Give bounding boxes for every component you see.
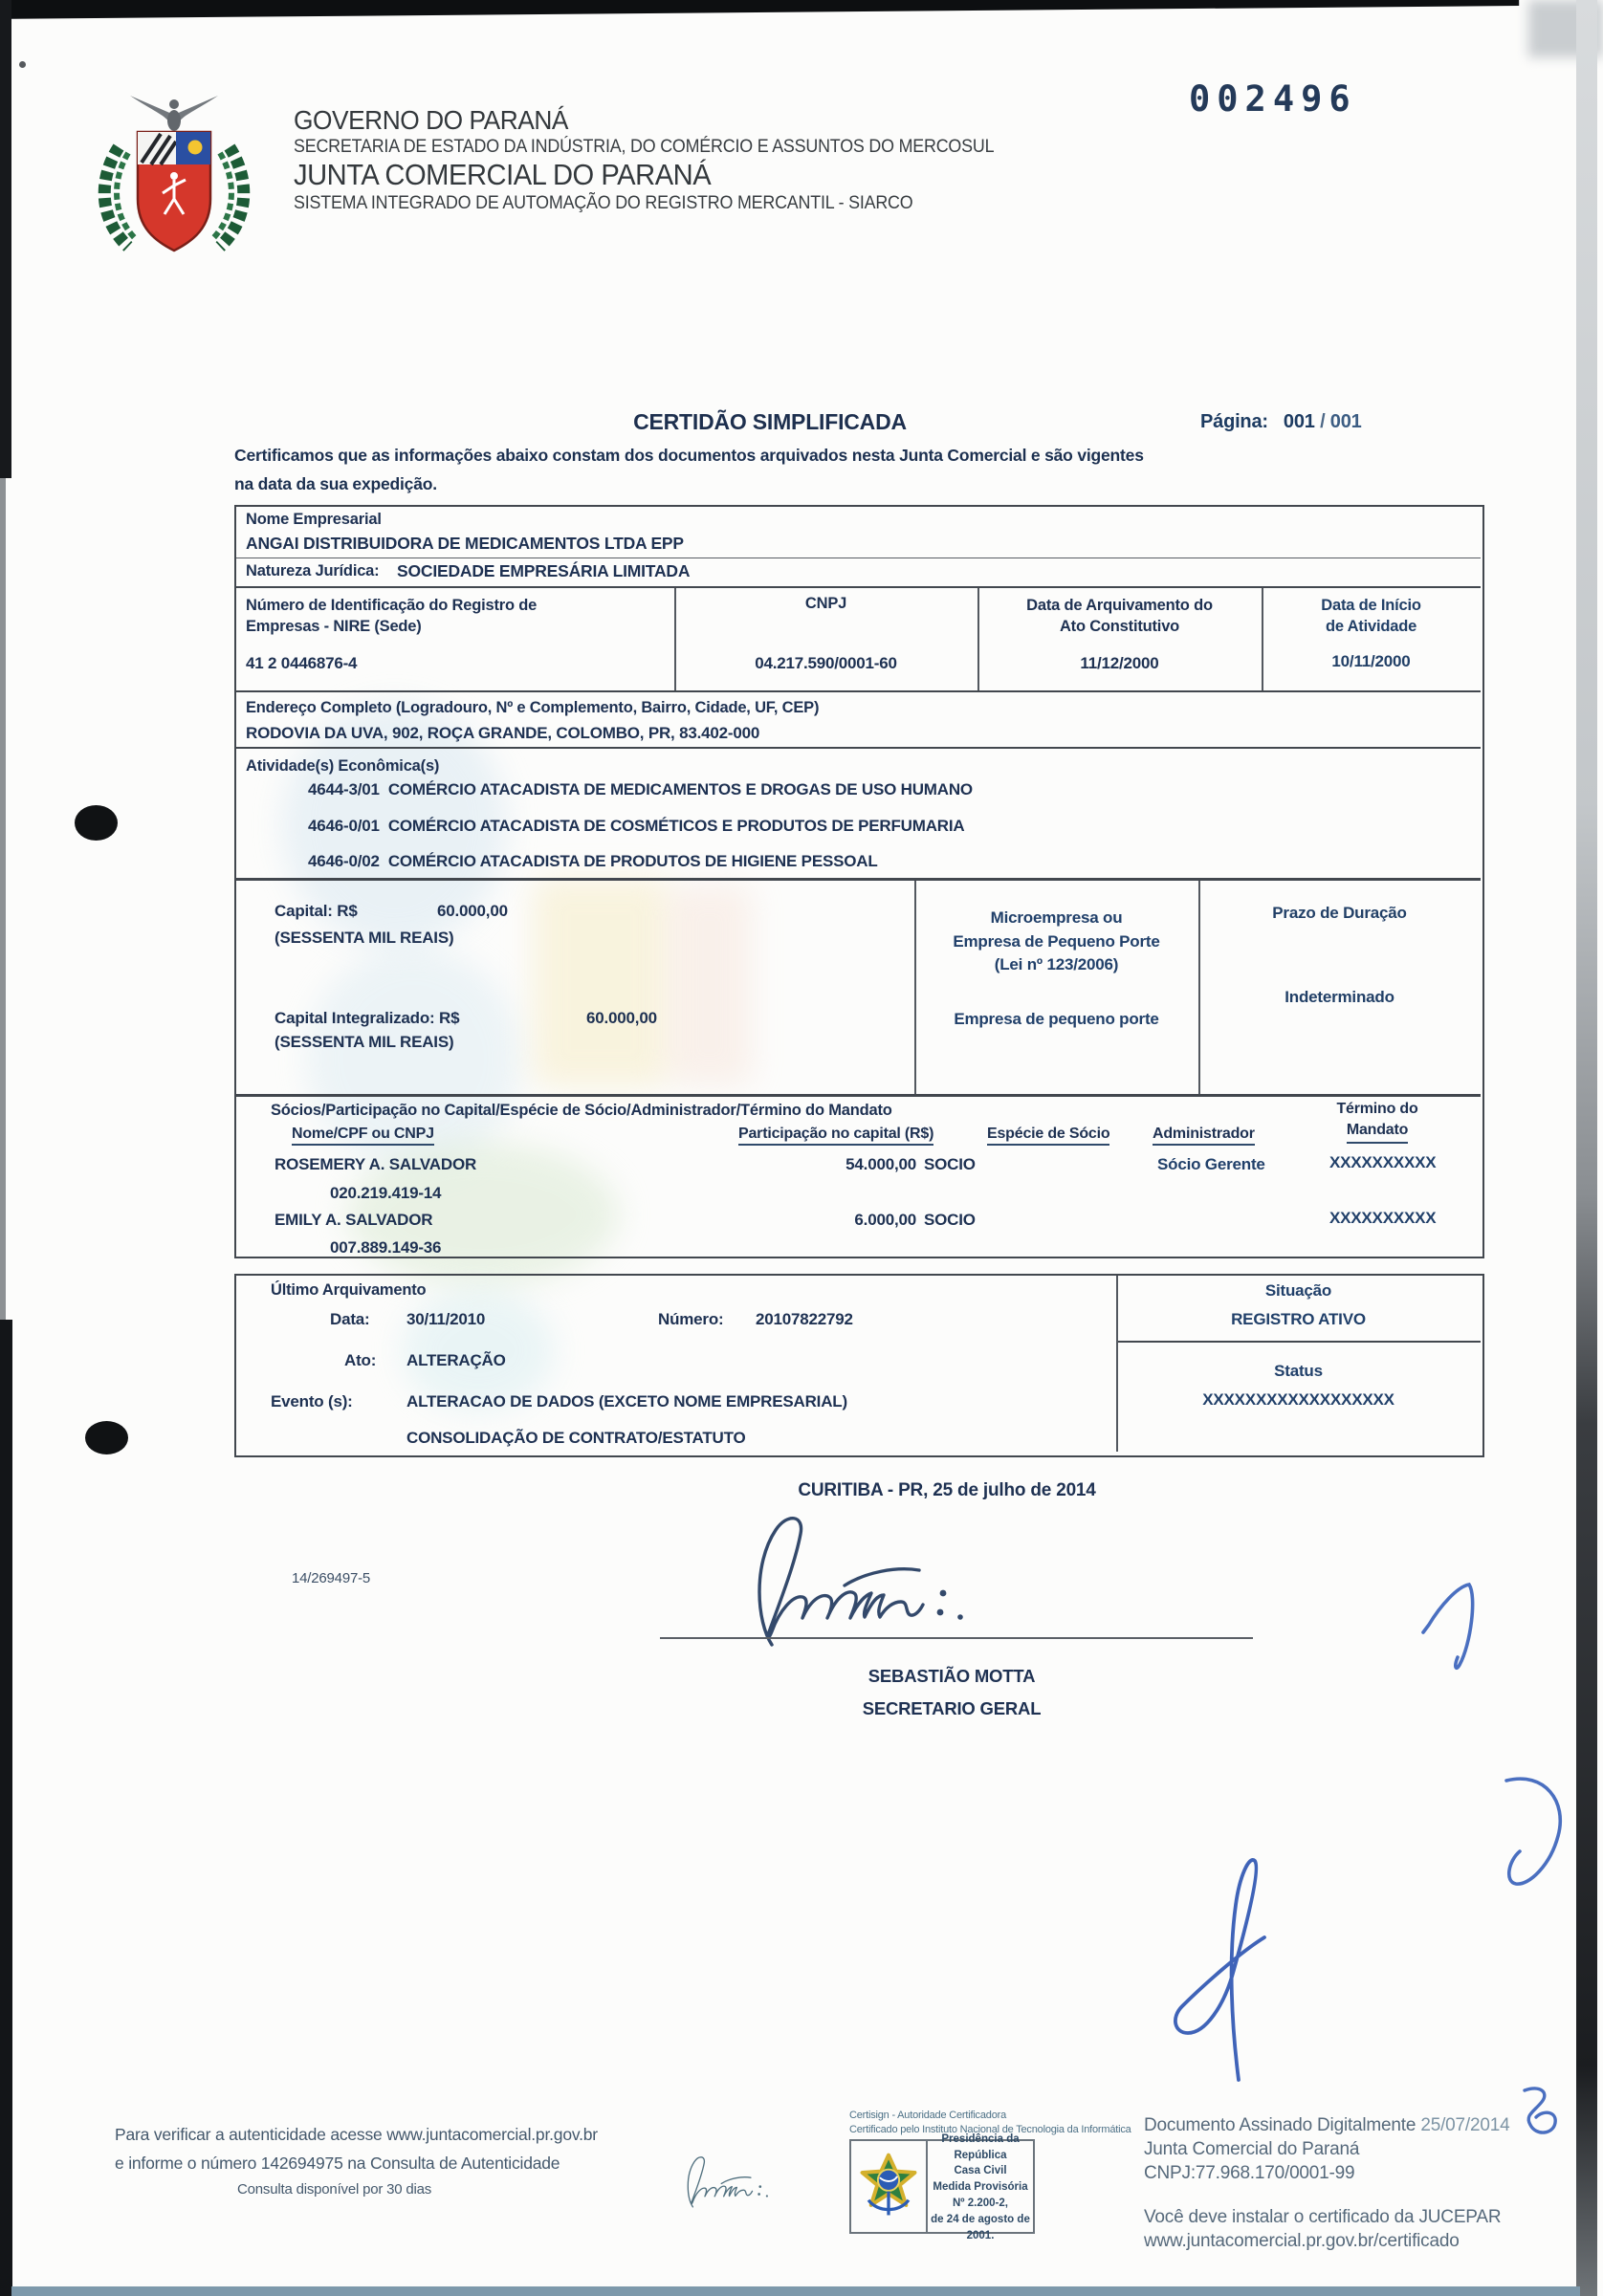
verify-line3: Consulta disponível por 30 dias [237,2181,431,2198]
filing-event-label: Evento (s): [271,1392,353,1411]
signed-cnpj-line: CNPJ:77.968.170/0001-99 [1144,2163,1354,2184]
company-name-label: Nome Empresarial [246,511,382,529]
partners-col-participacao: Participação no capital (R$) [738,1126,933,1146]
partner-row-cpf: 007.889.149-36 [330,1238,441,1257]
paid-capital-label: Capital Integralizado: R$ [274,1009,459,1028]
constitutive-date-value: 11/12/2000 [977,654,1262,673]
partners-col-admin: Administrador [1153,1126,1255,1146]
activity-start-value: 10/11/2000 [1262,652,1481,671]
scan-edge-left-upper [0,0,11,478]
partner-row-especie: SOCIO [924,1155,976,1174]
partner-row-termino: XXXXXXXXXX [1329,1153,1436,1172]
scan-edge-bottom [11,2286,1580,2296]
pen-mark-check [1416,1573,1492,1683]
digital-cert-stamp: Presidência da República Casa Civil Medi… [849,2139,1035,2234]
activity-row-1: 4646-0/01 COMÉRCIO ATACADISTA DE COSMÉTI… [308,817,964,836]
partner-row-name: ROSEMERY A. SALVADOR [274,1155,476,1174]
stamp-number: 002496 [1189,78,1357,120]
certify-line2: na data da sua expedição. [234,474,437,494]
activity-start-label: Data de Início de Atividade [1262,595,1481,638]
activity-code: 4646-0/01 [308,817,380,835]
header-org-line4: SISTEMA INTEGRADO DE AUTOMAÇÃO DO REGIST… [294,193,912,214]
partner-row-participacao: 54.000,00 [727,1155,916,1174]
partner-row-name: EMILY A. SALVADOR [274,1211,432,1230]
status-value: XXXXXXXXXXXXXXXXXX [1116,1390,1481,1410]
pen-mark-loop [1511,2083,1569,2150]
nire-label: Número de Identificação do Registro de E… [246,595,657,638]
page-indicator: Página: 001 / 001 [1200,411,1362,433]
signed-digitally-line: Documento Assinado Digitalmente 25/07/20… [1144,2115,1509,2136]
scan-edge-left-mid [0,478,6,1339]
paid-capital-words: (SESSENTA MIL REAIS) [274,1033,453,1052]
filing-date-value: 30/11/2010 [406,1310,485,1329]
address-value: RODOVIA DA UVA, 902, ROÇA GRANDE, COLOMB… [246,724,759,743]
situation-value: REGISTRO ATIVO [1116,1310,1481,1329]
scanned-certificate-page: GOVERNO DO PARANÁ SECRETARIA DE ESTADO D… [0,0,1603,2296]
partner-row-cpf: 020.219.419-14 [330,1184,441,1203]
signed-org-line: Junta Comercial do Paraná [1144,2139,1359,2160]
header-org-line2: SECRETARIA DE ESTADO DA INDÚSTRIA, DO CO… [294,137,994,158]
duration-value: Indeterminado [1198,988,1481,1007]
activity-desc: COMÉRCIO ATACADISTA DE MEDICAMENTOS E DR… [388,780,973,798]
secretary-signature-small [670,2154,782,2210]
cert-authority-line1: Certisign - Autoridade Certificadora [849,2110,1006,2121]
parana-coat-of-arms-logo [78,88,270,258]
activity-desc: COMÉRCIO ATACADISTA DE PRODUTOS DE HIGIE… [388,852,878,870]
status-label: Status [1116,1362,1481,1381]
activity-desc: COMÉRCIO ATACADISTA DE COSMÉTICOS E PROD… [388,817,965,835]
cnpj-label: CNPJ [674,595,977,613]
constitutive-date-label: Data de Arquivamento do Ato Constitutivo [977,595,1262,638]
cnpj-value: 04.217.590/0001-60 [674,654,977,673]
duration-label: Prazo de Duração [1198,904,1481,923]
situation-label: Situação [1116,1281,1481,1301]
header-org-line3: JUNTA COMERCIAL DO PARANÁ [294,158,711,192]
verify-line1: Para verificar a autenticidade acesse ww… [115,2125,598,2145]
micro-epp-value: Empresa de pequeno porte [914,1010,1198,1029]
partner-row-admin: Sócio Gerente [1157,1155,1265,1174]
paid-capital-value: 60.000,00 [586,1009,657,1028]
filing-event-value1: ALTERACAO DE DADOS (EXCETO NOME EMPRESAR… [406,1392,847,1411]
partners-col-nome: Nome/CPF ou CNPJ [292,1126,434,1146]
page-total: 001 [1330,411,1362,432]
pen-mark-paren [1487,1769,1573,1898]
capital-words: (SESSENTA MIL REAIS) [274,929,453,948]
partner-row-termino: XXXXXXXXXX [1329,1209,1436,1228]
filing-event-value2: CONSOLIDAÇÃO DE CONTRATO/ESTATUTO [406,1429,746,1448]
punch-hole-top [75,805,118,841]
falcon-icon [130,96,218,131]
legal-nature-value: SOCIEDADE EMPRESÁRIA LIMITADA [397,561,690,581]
scan-speck [19,61,26,68]
secretary-signature [713,1509,999,1652]
partner-row-participacao: 6.000,00 [727,1211,916,1230]
partner-row-especie: SOCIO [924,1211,976,1230]
header-org-line1: GOVERNO DO PARANÁ [294,105,568,136]
scan-edge-top [0,0,1519,19]
capital-value: 60.000,00 [437,902,508,921]
micro-epp-label: Microempresa ou Empresa de Pequeno Porte… [914,907,1198,977]
pen-mark-flourish [1148,1846,1282,2085]
activity-code: 4644-3/01 [308,780,380,798]
filing-act-label: Ato: [344,1351,376,1370]
doc-title: CERTIDÃO SIMPLIFICADA [545,409,995,435]
brazil-coat-of-arms-icon [851,2141,928,2232]
certify-line1: Certificamos que as informações abaixo c… [234,446,1144,466]
capital-label: Capital: R$ [274,902,358,921]
protocol-number: 14/269497-5 [292,1570,370,1586]
install-cert-line1: Você deve instalar o certificado da JUCE… [1144,2207,1501,2228]
filing-act-value: ALTERAÇÃO [406,1351,506,1370]
activity-row-0: 4644-3/01 COMÉRCIO ATACADISTA DE MEDICAM… [308,780,973,799]
scan-edge-right [1576,0,1597,2296]
partners-col-especie: Espécie de Sócio [987,1126,1109,1146]
activities-label: Atividade(s) Econômica(s) [246,757,439,776]
filing-number-label: Número: [658,1310,724,1329]
filing-date-label: Data: [330,1310,370,1329]
page-current: 001 [1284,411,1315,432]
last-filing-label: Último Arquivamento [271,1281,426,1300]
stamp-text: Presidência da República Casa Civil Medi… [930,2141,1031,2232]
partners-section-header: Sócios/Participação no Capital/Espécie d… [271,1102,892,1120]
scan-edge-left-lower [0,1320,12,2296]
install-cert-line2: www.juntacomercial.pr.gov.br/certificado [1144,2231,1460,2252]
verify-line2: e informe o número 142694975 na Consulta… [115,2154,560,2174]
page-label: Página: [1200,411,1268,432]
issue-place-date: CURITIBA - PR, 25 de julho de 2014 [660,1480,1234,1501]
nire-value: 41 2 0446876-4 [246,654,357,673]
address-label: Endereço Completo (Logradouro, Nº e Comp… [246,699,819,717]
signer-title: SECRETARIO GERAL [665,1698,1239,1719]
punch-hole-bottom [85,1421,128,1454]
company-name-value: ANGAI DISTRIBUIDORA DE MEDICAMENTOS LTDA… [246,534,684,554]
activity-row-2: 4646-0/02 COMÉRCIO ATACADISTA DE PRODUTO… [308,852,878,871]
partners-col-termino: Término do Mandato [1306,1100,1449,1144]
activity-code: 4646-0/02 [308,852,380,870]
signature-line [660,1637,1253,1639]
legal-nature-label: Natureza Jurídica: [246,562,379,580]
signer-name: SEBASTIÃO MOTTA [665,1666,1239,1687]
page-separator: / [1320,411,1325,432]
filing-number-value: 20107822792 [756,1310,853,1329]
